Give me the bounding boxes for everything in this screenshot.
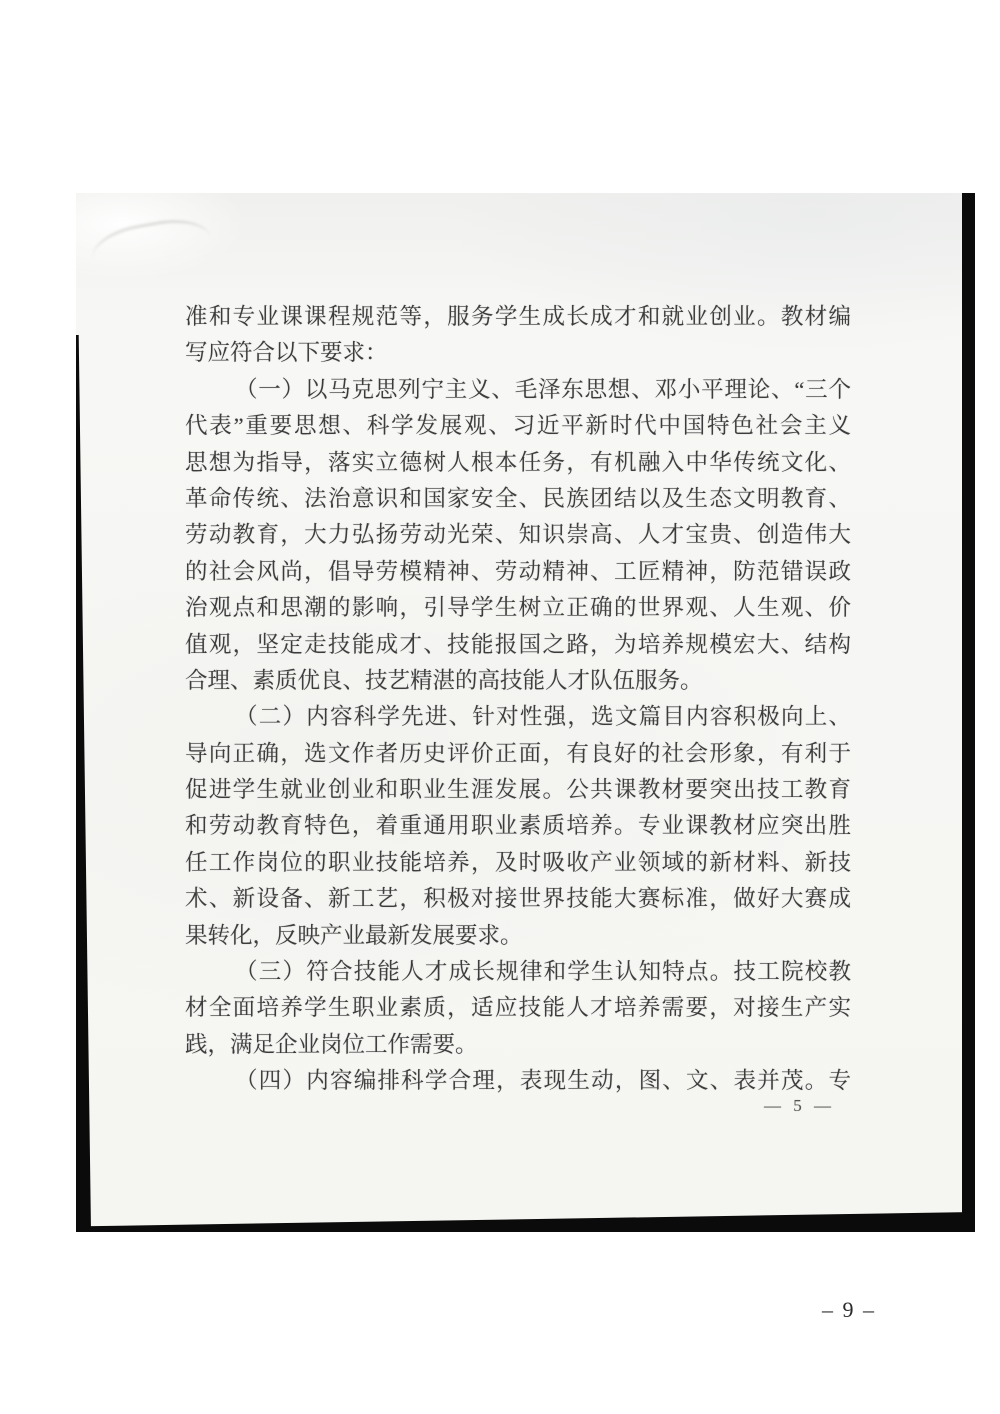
text-line: 任工作岗位的职业技能培养，及时吸收产业领域的新材料、新技 xyxy=(185,845,851,881)
scan-edge-left xyxy=(76,335,91,1232)
text-line: 和劳动教育特色，着重通用职业素质培养。专业课教材应突出胜 xyxy=(185,808,851,844)
text-line: （四）内容编排科学合理，表现生动，图、文、表并茂。专 xyxy=(185,1063,851,1099)
text-line: 思想为指导，落实立德树人根本任务，有机融入中华传统文化、 xyxy=(185,445,851,481)
text-line: 术、新设备、新工艺，积极对接世界技能大赛标准，做好大赛成 xyxy=(185,881,851,917)
page: { "scan": { "lines": [ "准和专业课课程规范等，服务学生成… xyxy=(0,0,1000,1414)
text-line: 代表”重要思想、科学发展观、习近平新时代中国特色社会主义 xyxy=(185,408,851,444)
inner-page-number: — 5 — xyxy=(764,1096,835,1116)
text-line: 的社会风尚，倡导劳模精神、劳动精神、工匠精神，防范错误政 xyxy=(185,554,851,590)
text-line: 导向正确，选文作者历史评价正面，有良好的社会形象，有利于 xyxy=(185,736,851,772)
text-line: （一）以马克思列宁主义、毛泽东思想、邓小平理论、“三个 xyxy=(185,372,851,408)
text-line: （三）符合技能人才成长规律和学生认知特点。技工院校教 xyxy=(185,954,851,990)
document-text: 准和专业课课程规范等，服务学生成长成才和就业创业。教材编 写应符合以下要求： （… xyxy=(185,299,851,1100)
text-line: 写应符合以下要求： xyxy=(185,335,851,371)
scan-edge-right xyxy=(962,193,975,1232)
text-line: 革命传统、法治意识和国家安全、民族团结以及生态文明教育、 xyxy=(185,481,851,517)
text-line: 治观点和思潮的影响，引导学生树立正确的世界观、人生观、价 xyxy=(185,590,851,626)
text-line: （二）内容科学先进、针对性强，选文篇目内容积极向上、 xyxy=(185,699,851,735)
text-line: 促进学生就业创业和职业生涯发展。公共课教材要突出技工教育 xyxy=(185,772,851,808)
text-line: 准和专业课课程规范等，服务学生成长成才和就业创业。教材编 xyxy=(185,299,851,335)
fold-mark xyxy=(88,213,215,284)
scan-edge-bottom xyxy=(76,1212,975,1232)
text-line: 劳动教育，大力弘扬劳动光荣、知识崇高、人才宝贵、创造伟大 xyxy=(185,517,851,553)
text-line: 值观，坚定走技能成才、技能报国之路，为培养规模宏大、结构 xyxy=(185,627,851,663)
text-line: 践，满足企业岗位工作需要。 xyxy=(185,1027,851,1063)
scanned-document: 准和专业课课程规范等，服务学生成长成才和就业创业。教材编 写应符合以下要求： （… xyxy=(76,193,975,1232)
text-line: 合理、素质优良、技艺精湛的高技能人才队伍服务。 xyxy=(185,663,851,699)
outer-page-number: – 9 – xyxy=(822,1297,876,1323)
text-line: 果转化，反映产业最新发展要求。 xyxy=(185,918,851,954)
text-line: 材全面培养学生职业素质，适应技能人才培养需要，对接生产实 xyxy=(185,990,851,1026)
